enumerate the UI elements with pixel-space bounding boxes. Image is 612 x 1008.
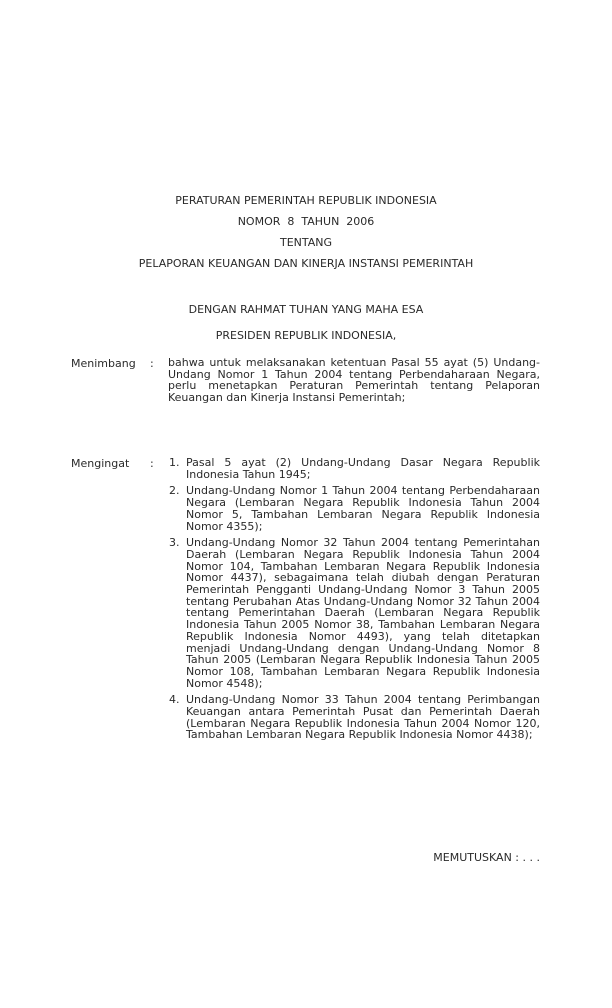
regulation-subject: PELAPORAN KEUANGAN DAN KINERJA INSTANSI … [0,257,612,270]
list-item: 4. Undang-Undang Nomor 33 Tahun 2004 ten… [168,694,540,741]
menimbang-text: bahwa untuk melaksanakan ketentuan Pasal… [168,357,540,404]
menimbang-label: Menimbang [71,357,136,370]
list-item-number: 1. [169,457,180,469]
continuation-marker: MEMUTUSKAN : . . . [300,851,540,864]
list-item: 2. Undang-Undang Nomor 1 Tahun 2004 tent… [168,485,540,532]
regulation-about: TENTANG [0,236,612,249]
list-item-text: Pasal 5 ayat (2) Undang-Undang Dasar Neg… [186,457,540,480]
mengingat-colon: : [150,457,154,470]
list-item-number: 4. [169,694,180,706]
list-item: 3. Undang-Undang Nomor 32 Tahun 2004 ten… [168,537,540,689]
list-item-text: Undang-Undang Nomor 33 Tahun 2004 tentan… [186,694,540,741]
list-item-text: Undang-Undang Nomor 1 Tahun 2004 tentang… [186,485,540,532]
mengingat-label: Mengingat [71,457,129,470]
list-item-number: 2. [169,485,180,497]
mengingat-list: 1. Pasal 5 ayat (2) Undang-Undang Dasar … [168,457,540,746]
document-page: PERATURAN PEMERINTAH REPUBLIK INDONESIA … [0,0,612,1008]
menimbang-colon: : [150,357,154,370]
list-item-number: 3. [169,537,180,549]
preamble-president: PRESIDEN REPUBLIK INDONESIA, [0,329,612,342]
regulation-title: PERATURAN PEMERINTAH REPUBLIK INDONESIA [0,194,612,207]
preamble-blessing: DENGAN RAHMAT TUHAN YANG MAHA ESA [0,303,612,316]
regulation-number: NOMOR 8 TAHUN 2006 [0,215,612,228]
list-item: 1. Pasal 5 ayat (2) Undang-Undang Dasar … [168,457,540,480]
list-item-text: Undang-Undang Nomor 32 Tahun 2004 tentan… [186,537,540,689]
